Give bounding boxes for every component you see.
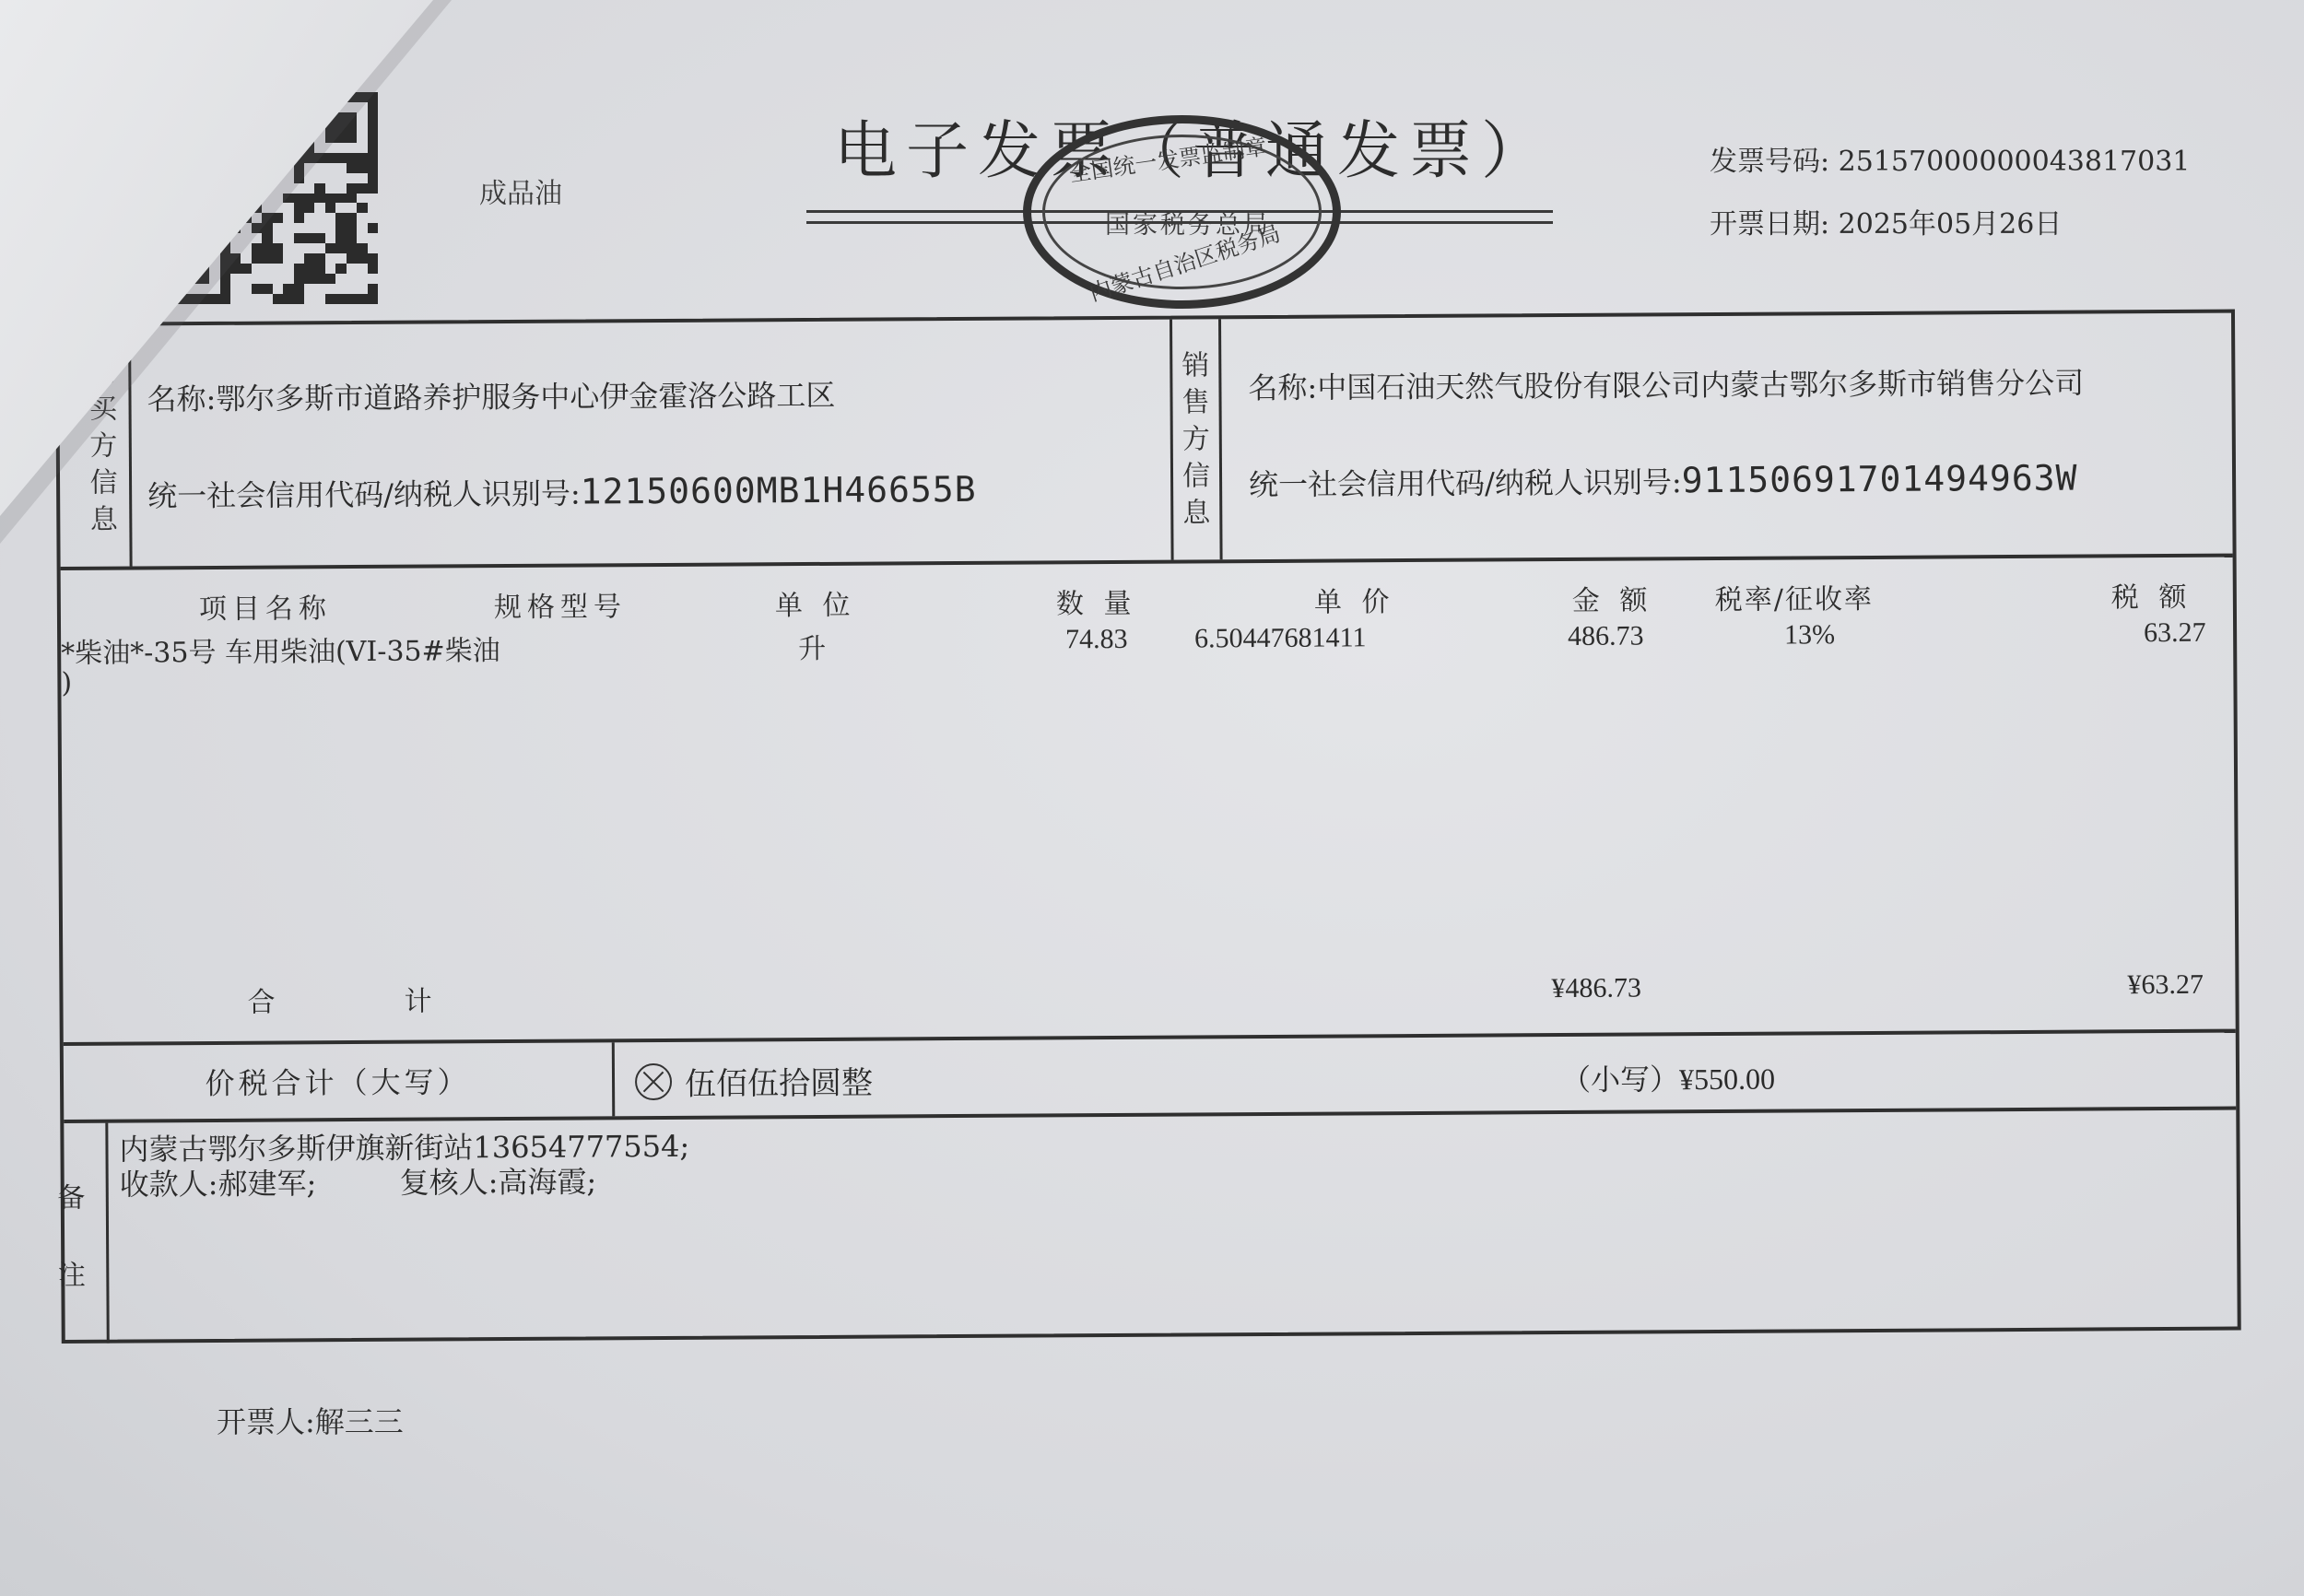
cell-amount: 486.73	[1568, 620, 1644, 652]
header-tax-rate: 税率/征收率	[1715, 576, 1874, 617]
items-section: 项目名称 规格型号 单 位 数 量 单 价 金 额 税率/征收率 税 额 *柴油…	[61, 557, 2236, 1042]
total-amount: ¥486.73	[1551, 973, 1641, 1005]
invoice-category: 成品油	[479, 170, 562, 211]
header-unit-price: 单 价	[1314, 579, 1395, 620]
issue-date-value: 2025年05月26日	[1839, 208, 2063, 241]
official-seal-stamp: 全国统一发票监制章 国家税务总局 内蒙古自治区税务局	[1023, 115, 1341, 309]
invoice-paper: 成品油 电子发票（普通发票） 全国统一发票监制章 国家税务总局 内蒙古自治区税务…	[0, 0, 2304, 1596]
remarks-row: 备注 内蒙古鄂尔多斯伊旗新街站13654777554; 收款人:郝建军; 复核人…	[64, 1110, 2237, 1344]
cell-unit: 升	[798, 626, 826, 666]
header-tax: 税 额	[2111, 574, 2192, 616]
cell-unit-price: 6.50447681411	[1194, 622, 1367, 654]
cell-tax: 63.27	[2144, 617, 2206, 649]
party-info-row: 购买方信息 名称:鄂尔多斯市道路养护服务中心伊金霍洛公路工区 统一社会信用代码/…	[59, 313, 2233, 570]
grand-total-label: 价税合计（大写）	[64, 1042, 615, 1120]
total-label: 合计	[247, 978, 560, 1020]
header-unit: 单 位	[775, 582, 856, 624]
cell-item-name-cont: )	[61, 667, 72, 699]
remarks-payee-reviewer: 收款人:郝建军; 复核人:高海霞;	[120, 1158, 597, 1203]
seller-tax-id: 统一社会信用代码/纳税人识别号:91150691701494963W	[1249, 457, 2078, 504]
invoice-table: 购买方信息 名称:鄂尔多斯市道路养护服务中心伊金霍洛公路工区 统一社会信用代码/…	[55, 310, 2241, 1344]
cell-item-name: *柴油*-35号 车用柴油(VI-35#柴油	[61, 628, 500, 671]
issue-date: 开票日期: 2025年05月26日	[1710, 201, 2062, 241]
invoice-number-label: 发票号码:	[1710, 146, 1829, 178]
grand-total-row: 价税合计（大写） 伍佰伍拾圆整 （小写）¥550.00	[64, 1029, 2236, 1123]
cell-tax-rate: 13%	[1784, 619, 1835, 651]
grand-total-words: 伍佰伍拾圆整	[635, 1058, 873, 1105]
total-tax: ¥63.27	[2127, 969, 2204, 1002]
circled-x-icon	[635, 1062, 672, 1099]
header-amount: 金 额	[1572, 577, 1653, 618]
header-quantity: 数 量	[1056, 581, 1137, 622]
issuer: 开票人:解三三	[217, 1399, 404, 1441]
buyer-name: 名称:鄂尔多斯市道路养护服务中心伊金霍洛公路工区	[147, 372, 835, 419]
remarks-label: 备注	[36, 1123, 109, 1344]
seller-name: 名称:中国石油天然气股份有限公司内蒙古鄂尔多斯市销售分公司	[1248, 360, 2084, 408]
invoice-number-value: 25157000000043817031	[1839, 146, 2191, 178]
grand-total-figures: （小写）¥550.00	[1561, 1056, 1775, 1099]
header-spec: 规格型号	[494, 583, 627, 625]
header-item-name: 项目名称	[199, 585, 332, 627]
seller-section-label: 销售方信息	[1170, 319, 1223, 559]
cell-quantity: 74.83	[1065, 624, 1128, 655]
buyer-tax-id: 统一社会信用代码/纳税人识别号:12150600MB1H46655B	[147, 468, 977, 515]
invoice-number: 发票号码: 25157000000043817031	[1710, 138, 2190, 179]
issue-date-label: 开票日期:	[1710, 208, 1829, 241]
